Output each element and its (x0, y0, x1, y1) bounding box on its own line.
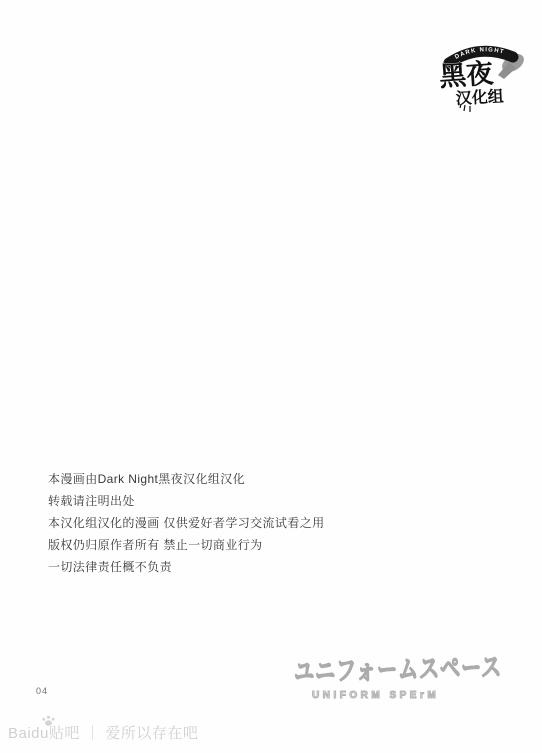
logo-sub-text: 汉化组 (455, 87, 504, 108)
credit-line: 一切法律责任概不负责 (48, 556, 378, 578)
logo-main-text: 黑夜 (438, 57, 494, 92)
watermark-separator: ｜ (85, 725, 101, 742)
dark-night-group-logo: DARK NIGHT 黑夜 汉化组 (435, 36, 529, 112)
baidu-tieba-watermark: Baidu贴吧｜爱所以存在吧 (8, 714, 198, 746)
credit-line: 本漫画由Dark Night黑夜汉化组汉化 (48, 468, 378, 490)
manga-credits-page: DARK NIGHT 黑夜 汉化组 本漫画由Dark Night黑夜汉化组汉化 … (0, 0, 542, 753)
dark-night-logo-graphic: DARK NIGHT 黑夜 汉化组 (435, 36, 529, 112)
watermark-brand: Baidu贴吧 (8, 725, 80, 742)
uniform-space-logo: ユニフォームスペース UNIFORM SPErM (294, 650, 504, 701)
uniform-space-latin: UNIFORM SPErM (312, 690, 504, 701)
watermark-tieba-name: 爱所以存在吧 (105, 725, 198, 742)
credit-line: 转载请注明出处 (48, 490, 378, 512)
page-number: 04 (36, 686, 48, 696)
uniform-space-katakana: ユニフォームスペース (294, 646, 452, 689)
credits-block: 本漫画由Dark Night黑夜汉化组汉化 转载请注明出处 本汉化组汉化的漫画 … (48, 468, 378, 578)
credit-line: 本汉化组汉化的漫画 仅供爱好者学习交流试看之用 (48, 512, 378, 534)
credit-line: 版权仍归原作者所有 禁止一切商业行为 (48, 534, 378, 556)
